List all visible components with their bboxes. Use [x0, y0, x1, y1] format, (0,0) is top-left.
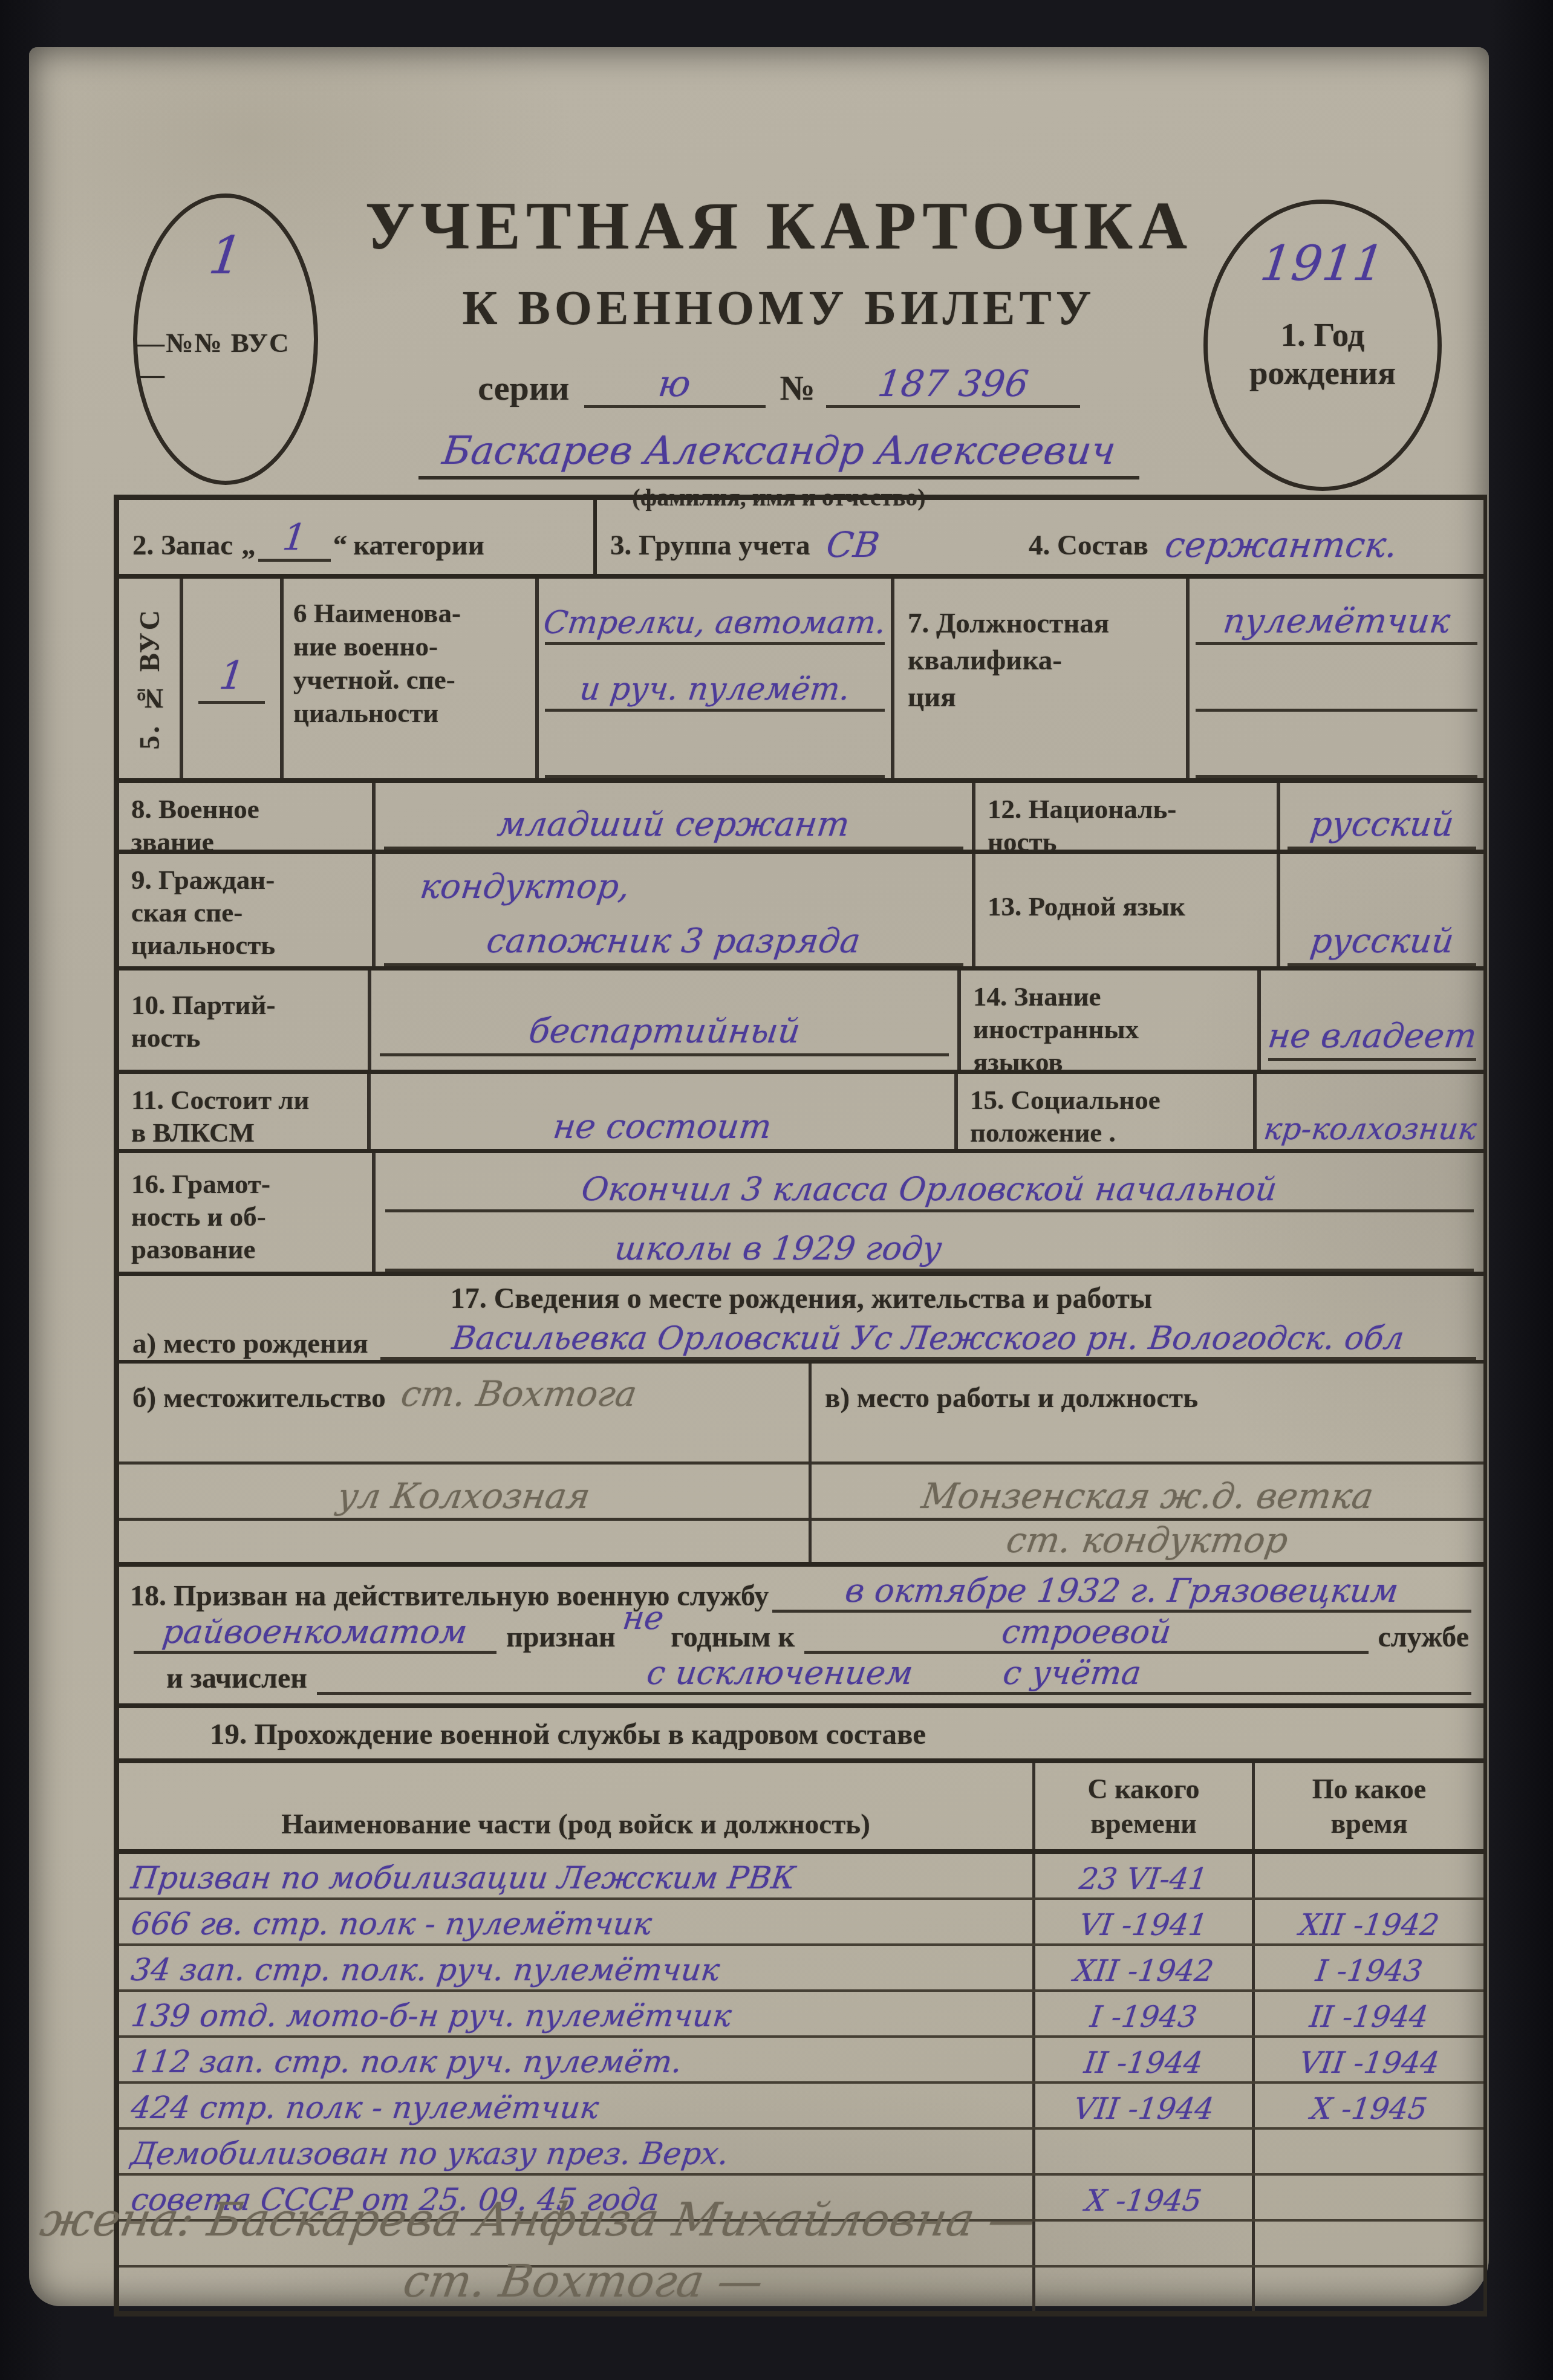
full-name-value: Баскарев Александр Алексеевич	[440, 429, 1118, 473]
title-block: УЧЕТНАЯ КАРТОЧКА К ВОЕННОМУ БИЛЕТУ серии…	[343, 187, 1214, 512]
field-15-label: 15. Социальное положение .	[958, 1074, 1257, 1149]
work-column: в) место работы и должность Монзенская ж…	[812, 1364, 1483, 1562]
residence-column: б) местожительство ст. Вохтога ул Колхоз…	[119, 1364, 812, 1562]
service-row-6: 424 стр. полк - пулемётчик VII -1944 X -…	[119, 2084, 1483, 2130]
field-5-value: 1	[217, 654, 247, 698]
field-4-value: сержантск.	[1163, 524, 1400, 565]
form-box: 2. Запас „ 1 “ категории 3. Группа учета…	[114, 495, 1487, 2317]
field-12-label: 12. Националь- ность	[975, 783, 1280, 850]
service-label: службе	[1378, 1621, 1469, 1654]
service-row-3: 34 зап. стр. полк. руч. пулемётчик XII -…	[119, 1946, 1483, 1992]
field-16-value-l2: школы в 1929 году	[613, 1229, 944, 1267]
number-label: №	[780, 368, 815, 408]
field-6-value-line3	[545, 712, 885, 778]
work-place-line: Монзенская ж.д. ветка	[812, 1465, 1483, 1521]
number-value-slot: 187 396	[826, 363, 1080, 408]
service-row-7: Демобилизован по указу през. Верх.	[119, 2130, 1483, 2176]
card-title-line2: К ВОЕННОМУ БИЛЕТУ	[343, 281, 1214, 336]
field-16-value-cell: Окончил 3 класса Орловской начальной шко…	[376, 1153, 1483, 1272]
field-6-value-line1: Стрелки, автомат.	[545, 579, 885, 645]
conscription-value1: в октябре 1932 г. Грязовецким	[843, 1572, 1401, 1610]
enrolled-label: и зачислен	[166, 1662, 307, 1695]
field-5-value-cell: 1	[183, 579, 284, 778]
card-header: 1 —№№ ВУС— УЧЕТНАЯ КАРТОЧКА К ВОЕННОМУ Б…	[29, 47, 1489, 495]
field-13-value-cell: русский	[1280, 854, 1483, 966]
field-10-value-line: беспартийный	[380, 999, 949, 1056]
number-value: 187 396	[875, 363, 1030, 405]
birth-year-label1: 1. Год	[1281, 316, 1365, 354]
section-18: 18. Призван на действительную военную сл…	[119, 1567, 1483, 1708]
field-2-quote-close: “	[333, 529, 348, 562]
vus-number-value: 1	[206, 226, 246, 286]
wife-station-text: ст. Вохтога —	[400, 2255, 767, 2307]
field-8-value: младший сержант	[495, 805, 851, 844]
service-row-2-to: XII -1942	[1297, 1908, 1441, 1942]
field-14-value: не владеет	[1266, 1016, 1479, 1056]
service-row-2: 666 гв. стр. полк - пулемётчик VI -1941 …	[119, 1900, 1483, 1946]
field-12-value-cell: русский	[1280, 783, 1483, 850]
field-7-value: пулемётчик	[1221, 602, 1452, 641]
card-title-line1: УЧЕТНАЯ КАРТОЧКА	[343, 187, 1214, 265]
service-row-4-unit: 139 отд. мото-б-н руч. пулемётчик	[129, 1998, 733, 2034]
conscription-label: 18. Призван на действительную военную сл…	[130, 1579, 769, 1613]
fit-label2: годным к	[671, 1621, 795, 1654]
field-6-value-l2: и руч. пулемёт.	[578, 671, 852, 707]
service-row-2-from: VI -1941	[1078, 1908, 1210, 1942]
residence-last-line	[119, 1521, 809, 1562]
field-9-value-line2: сапожник 3 разряда	[384, 909, 963, 966]
field-13-label: 13. Родной язык	[975, 854, 1280, 966]
scan-background: 1 —№№ ВУС— УЧЕТНАЯ КАРТОЧКА К ВОЕННОМУ Б…	[0, 0, 1553, 2380]
col-from-header: С какого времени	[1035, 1763, 1255, 1849]
field-13-value-line: русский	[1288, 909, 1476, 966]
field-2-value-slot: 1	[258, 516, 331, 562]
field-7-value-line3	[1196, 712, 1477, 778]
service-row-4: 139 отд. мото-б-н руч. пулемётчик I -194…	[119, 1992, 1483, 2038]
field-16-value-line1: Окончил 3 класса Орловской начальной	[385, 1153, 1474, 1212]
field-12-value: русский	[1308, 805, 1456, 844]
field-11-label: 11. Состоит ли в ВЛКСМ	[119, 1074, 371, 1149]
enrolled-value1: с исключением	[645, 1654, 915, 1692]
service-row-1: Призван по мобилизации Лежским РВК 23 VI…	[119, 1854, 1483, 1900]
work-label-row: в) место работы и должность	[812, 1364, 1483, 1418]
field-2-label-post: категории	[353, 529, 484, 562]
conscription-line3: и зачислен с исключением с учёта	[130, 1654, 1475, 1695]
field-2-value: 1	[280, 516, 308, 559]
field-11-value-line: не состоит	[379, 1094, 946, 1149]
section-17-title: 17. Сведения о месте рождения, жительств…	[119, 1276, 1483, 1318]
fit-not-insert: не	[620, 1599, 666, 1637]
field-7-value-line2	[1196, 645, 1477, 712]
field-2-reserve: 2. Запас „ 1 “ категории	[119, 500, 597, 574]
vus-circle-label: —№№ ВУС—	[137, 327, 314, 390]
conscription-slot1: в октябре 1932 г. Грязовецким	[772, 1572, 1471, 1613]
field-14-value-line: не владеет	[1268, 1004, 1476, 1061]
conscription-line1: 18. Призван на действительную военную сл…	[130, 1572, 1475, 1613]
birth-year-value: 1911	[1257, 235, 1387, 291]
field-14-label: 14. Знание иностранных языков	[961, 971, 1261, 1070]
field-7-label: 7. Должностная квалифика- ция	[894, 579, 1190, 778]
field-3-label: 3. Группа учета	[610, 529, 810, 562]
field-16-value-l1: Окончил 3 класса Орловской начальной	[580, 1170, 1280, 1208]
row-5-6-7: 5. № ВУС 1 6 Наименова- ние военно- учет…	[119, 579, 1483, 783]
work-position-line: ст. кондуктор	[812, 1521, 1483, 1562]
row-10-14: 10. Партий- ность беспартийный 14. Знани…	[119, 971, 1483, 1074]
field-11-value: не состоит	[551, 1107, 773, 1146]
row-8-12: 8. Военное звание младший сержант 12. На…	[119, 783, 1483, 854]
series-label: серии	[478, 368, 569, 408]
service-row-7-unit: Демобилизован по указу през. Верх.	[129, 2136, 731, 2172]
service-row-5-unit: 112 зап. стр. полк руч. пулемёт.	[129, 2044, 683, 2080]
residence-empty-line	[119, 1418, 809, 1465]
row-2-3-4: 2. Запас „ 1 “ категории 3. Группа учета…	[119, 500, 1483, 579]
service-row-4-to: II -1944	[1308, 2000, 1431, 2034]
field-10-value-cell: беспартийный	[371, 971, 961, 1070]
service-row-10	[119, 2268, 1483, 2311]
field-8-label: 8. Военное звание	[119, 783, 376, 850]
field-6-value-line2: и руч. пулемёт.	[545, 645, 885, 712]
work-label: в) место работы и должность	[825, 1382, 1198, 1414]
field-2-label: 2. Запас	[132, 529, 233, 562]
service-row-2-unit: 666 гв. стр. полк - пулемётчик	[129, 1907, 654, 1942]
birth-year-circle: 1911 1. Год рождения	[1203, 200, 1442, 491]
work-position-value: ст. кондуктор	[1004, 1520, 1291, 1561]
row-11-15: 11. Состоит ли в ВЛКСМ не состоит 15. Со…	[119, 1074, 1483, 1153]
col-unit-header: Наименование части (род войск и должност…	[119, 1763, 1035, 1849]
field-7-value-line1: пулемётчик	[1196, 579, 1477, 645]
conscription-value2: райвоенкоматом	[161, 1613, 470, 1651]
service-row-3-unit: 34 зап. стр. полк. руч. пулемётчик	[129, 1952, 721, 1988]
field-16-label: 16. Грамот- ность и об- разование	[119, 1153, 376, 1272]
service-table-header: Наименование части (род войск и должност…	[119, 1763, 1483, 1854]
field-13-value: русский	[1308, 922, 1456, 961]
service-row-6-unit: 424 стр. полк - пулемётчик	[129, 2090, 601, 2126]
service-row-1-unit: Призван по мобилизации Лежским РВК	[129, 1861, 797, 1896]
work-empty-line	[812, 1418, 1483, 1465]
wife-note-text: жена: Баскарева Анфиза Михайловна —	[37, 2193, 1039, 2246]
conscription-line2: райвоенкоматом признан не годным к строе…	[130, 1613, 1475, 1654]
field-15-value: кр-колхозник	[1262, 1111, 1478, 1146]
birthplace-line: а) место рождения Васильевка Орловский У…	[119, 1318, 1483, 1364]
field-15-value-line: кр-колхозник	[1264, 1094, 1476, 1149]
service-row-5-to: VII -1944	[1297, 2046, 1441, 2080]
field-3-value: СВ	[824, 524, 882, 565]
service-row-3-to: I -1943	[1314, 1954, 1424, 1988]
field-9-value-l2: сапожник 3 разряда	[484, 922, 862, 961]
registration-card: 1 —№№ ВУС— УЧЕТНАЯ КАРТОЧКА К ВОЕННОМУ Б…	[29, 47, 1489, 2306]
field-9-value-l1: кондуктор,	[418, 867, 632, 906]
section-19-title: 19. Прохождение военной службы в кадрово…	[119, 1708, 1483, 1763]
field-16-value-line2: школы в 1929 году	[385, 1212, 1474, 1272]
row-9-13: 9. Граждан- ская спе- циальность кондукт…	[119, 854, 1483, 971]
wife-note-line2: ст. Вохтога —	[404, 2255, 763, 2307]
service-row-6-from: VII -1944	[1072, 2092, 1216, 2126]
conscription-slot2: райвоенкоматом	[134, 1613, 497, 1654]
field-6-value-l1: Стрелки, автомат.	[541, 605, 888, 641]
residence-work-block: б) местожительство ст. Вохтога ул Колхоз…	[119, 1364, 1483, 1567]
service-type-value: строевой	[1000, 1613, 1173, 1651]
residence-street-line: ул Колхозная	[119, 1465, 809, 1521]
fit-label1: признан	[506, 1621, 616, 1654]
field-5-vus: 5. № ВУС	[119, 579, 183, 778]
service-row-1-from: 23 VI-41	[1078, 1862, 1210, 1896]
work-place-value: Монзенская ж.д. ветка	[919, 1475, 1376, 1517]
residence-street-value: ул Колхозная	[335, 1475, 593, 1517]
full-name-line: Баскарев Александр Алексеевич	[418, 429, 1139, 480]
col-to-header: По какое время	[1255, 1763, 1483, 1849]
birth-year-label2: рождения	[1249, 354, 1396, 392]
field-3-group: 3. Группа учета СВ	[597, 500, 1015, 574]
service-type-slot: строевой	[804, 1613, 1368, 1654]
field-14-value-cell: не владеет	[1261, 971, 1483, 1070]
field-5-label: 5. № ВУС	[134, 608, 166, 749]
field-4-label: 4. Состав	[1029, 529, 1148, 562]
series-value-slot: ю	[584, 363, 766, 408]
residence-label: б) местожительство	[132, 1382, 386, 1414]
service-row-3-from: XII -1942	[1072, 1954, 1215, 1988]
enrolled-slot: с исключением с учёта	[317, 1654, 1471, 1695]
field-15-value-cell: кр-колхозник	[1257, 1074, 1483, 1149]
birthplace-slot: Васильевка Орловский Ус Лежского рн. Вол…	[380, 1320, 1476, 1360]
row-16: 16. Грамот- ность и об- разование Окончи…	[119, 1153, 1483, 1276]
residence-value: ст. Вохтога	[398, 1373, 639, 1414]
service-row-4-from: I -1943	[1088, 2000, 1199, 2034]
service-row-6-to: X -1945	[1309, 2092, 1430, 2126]
field-6-value-cell: Стрелки, автомат. и руч. пулемёт.	[539, 579, 894, 778]
residence-label-row: б) местожительство ст. Вохтога	[119, 1364, 809, 1418]
field-12-value-line: русский	[1288, 792, 1476, 850]
field-8-value-cell: младший сержант	[376, 783, 975, 850]
vus-number-circle: 1 —№№ ВУС—	[133, 193, 318, 485]
field-9-label: 9. Граждан- ская спе- циальность	[119, 854, 376, 966]
birthplace-label: а) место рождения	[132, 1327, 368, 1360]
series-value: ю	[656, 363, 693, 405]
field-9-value-line1: кондуктор,	[384, 854, 963, 909]
field-9-value-cell: кондуктор, сапожник 3 разряда	[376, 854, 975, 966]
series-line: серии ю № 187 396	[478, 363, 1080, 408]
field-10-value: беспартийный	[527, 1012, 803, 1051]
birthplace-value: Васильевка Орловский Ус Лежского рн. Вол…	[450, 1320, 1406, 1357]
field-5-underline	[198, 701, 265, 704]
service-row-5: 112 зап. стр. полк руч. пулемёт. II -194…	[119, 2038, 1483, 2084]
field-8-value-line: младший сержант	[384, 792, 963, 850]
field-2-quote-open: „	[241, 529, 256, 562]
field-6-label: 6 Наименова- ние военно- учетной. спе- ц…	[284, 579, 539, 778]
wife-note-line1: жена: Баскарева Анфиза Михайловна —	[41, 2193, 1311, 2246]
field-7-value-cell: пулемётчик	[1190, 579, 1483, 778]
service-row-5-from: II -1944	[1083, 2046, 1205, 2080]
field-10-label: 10. Партий- ность	[119, 971, 371, 1070]
enrolled-value2: с учёта	[1001, 1654, 1143, 1692]
field-11-value-cell: не состоит	[371, 1074, 958, 1149]
field-4-composition: 4. Состав сержантск.	[1015, 500, 1483, 574]
